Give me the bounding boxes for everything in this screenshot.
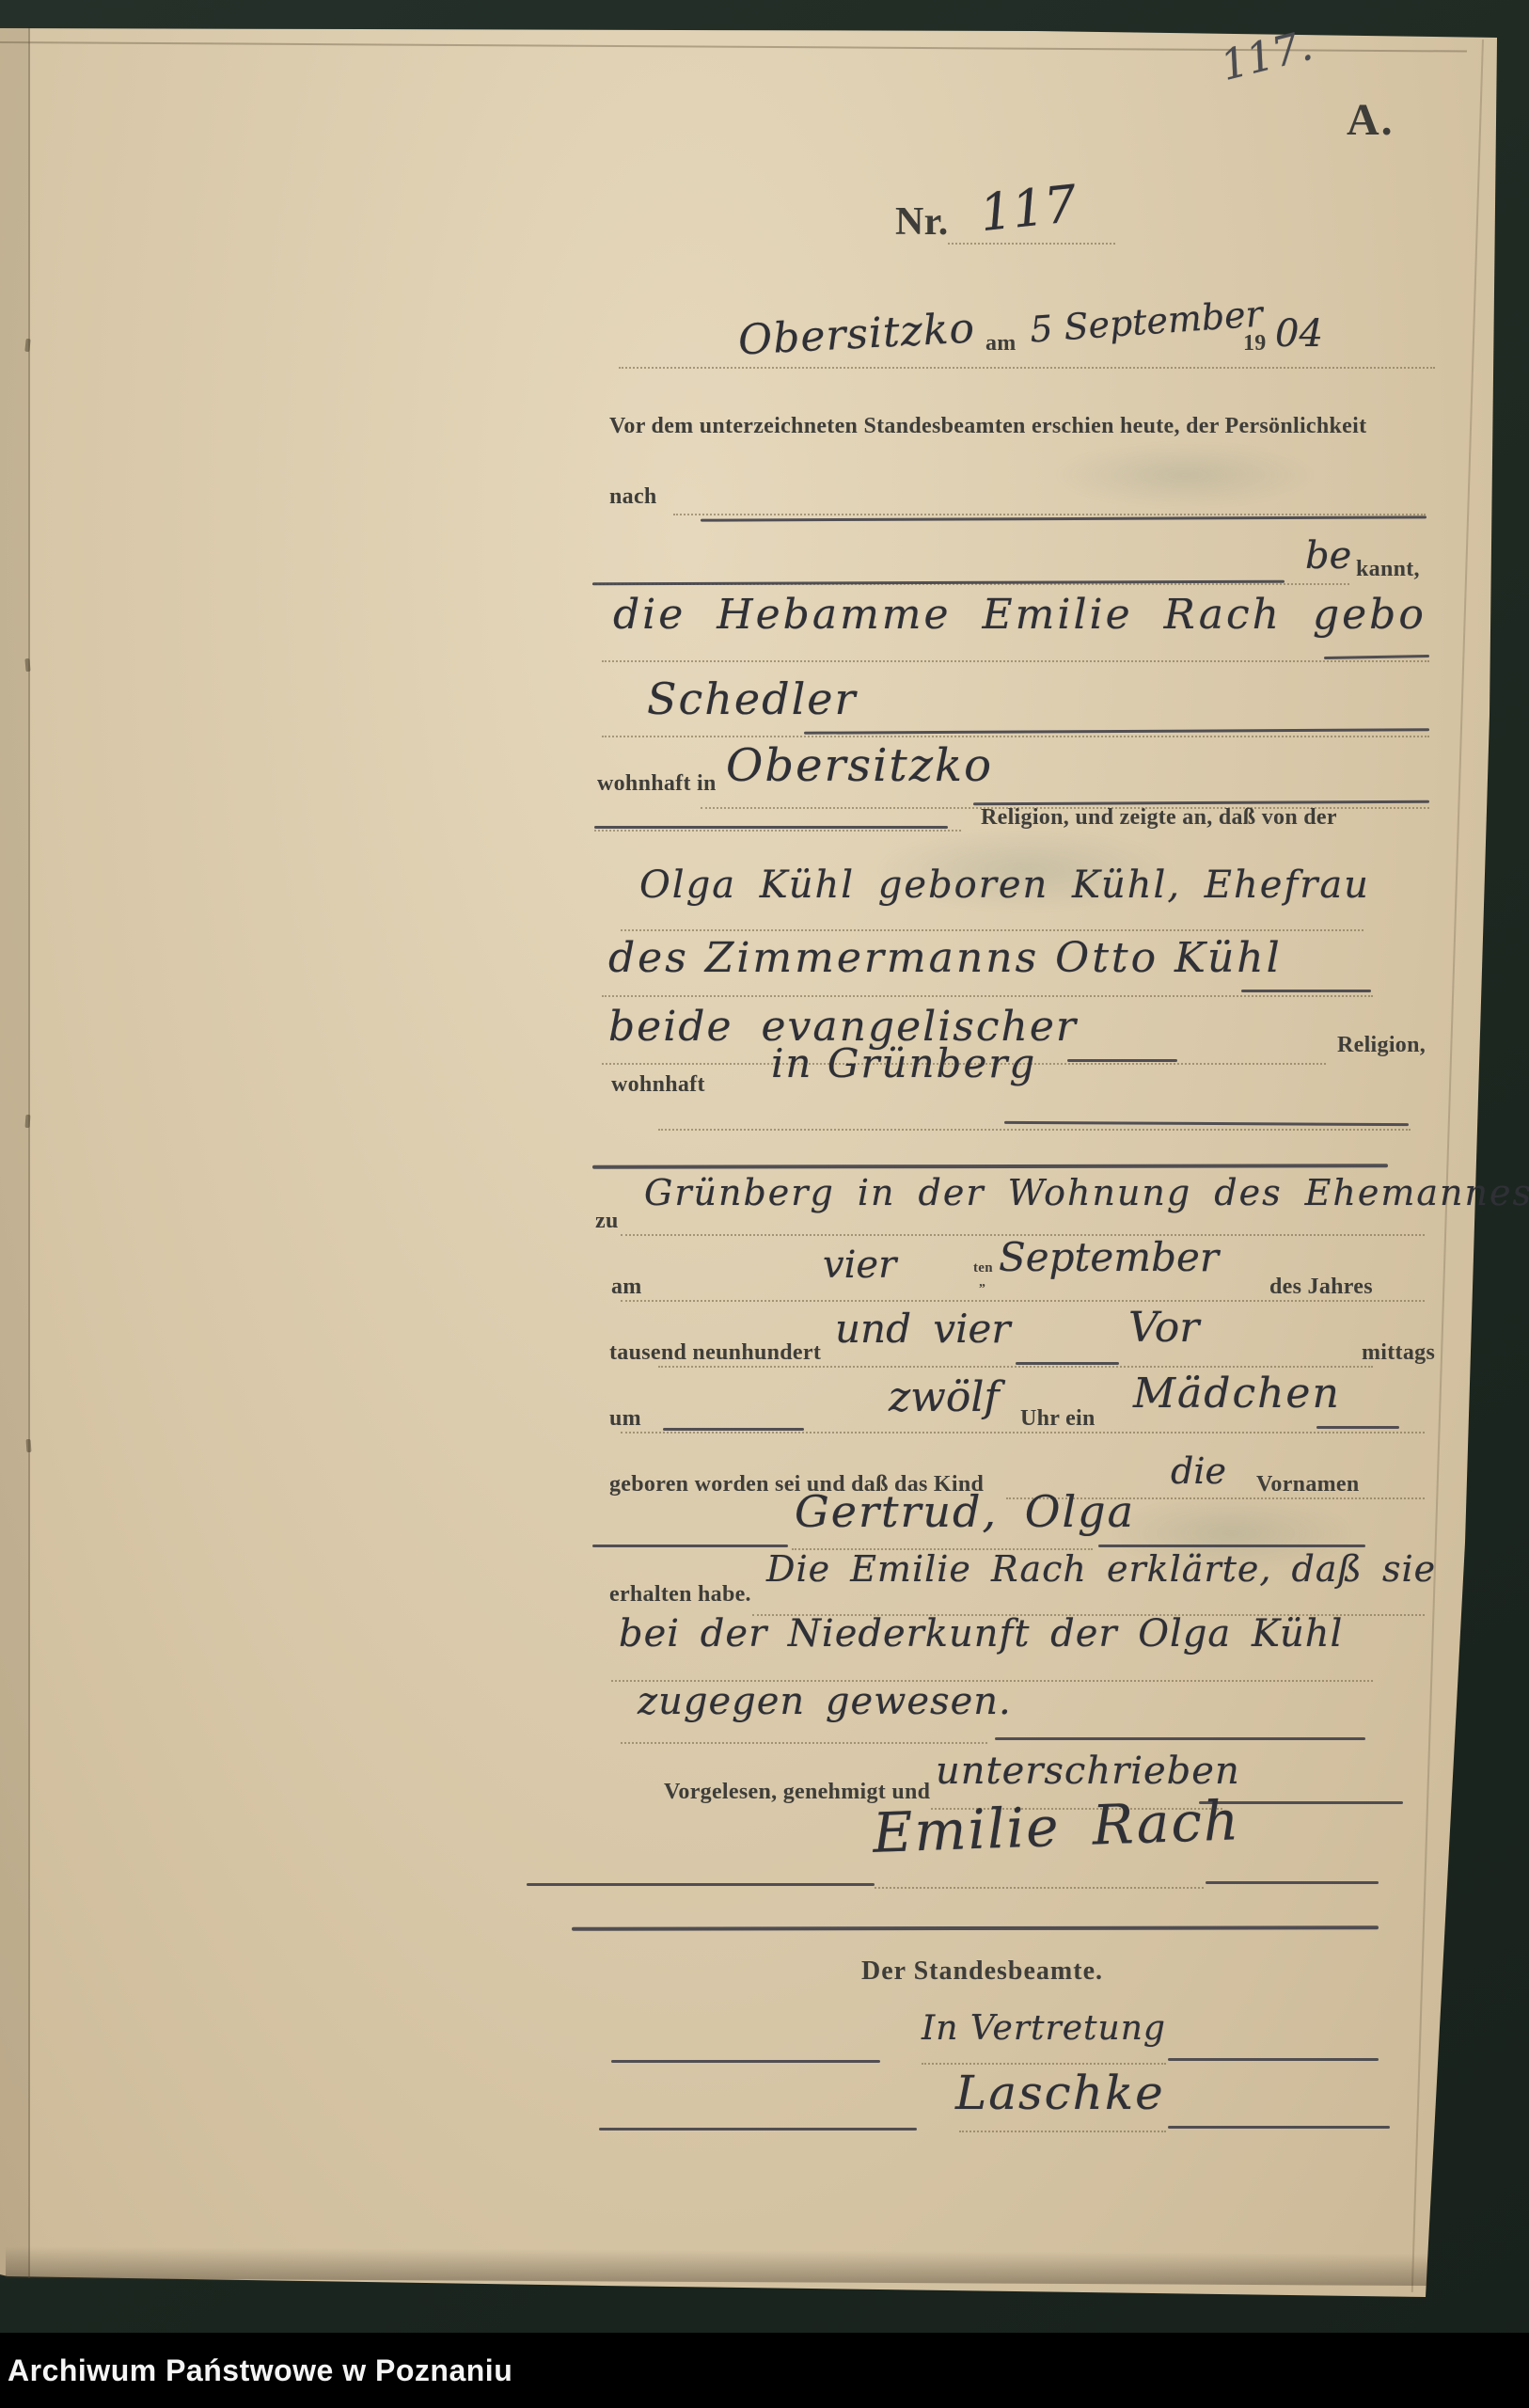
mother-name-line: Olga Kühl geboren Kühl, Ehefrau <box>639 863 1370 907</box>
dotted-leader <box>621 929 1363 931</box>
binding-edge-strip <box>0 26 28 2276</box>
intro-line-1: Vor dem unterzeichneten Standesbeamten e… <box>609 414 1366 439</box>
dotted-leader <box>619 367 1435 369</box>
mother-residence: in Grünberg <box>771 1040 1036 1086</box>
ink-bleed-smudge <box>1053 442 1316 508</box>
bekannt-printed: kannt, <box>1356 557 1420 582</box>
mother-husband-line: des Zimmermanns Otto Kühl <box>608 934 1283 982</box>
blank-line <box>1016 1362 1119 1365</box>
wohnhaft-label: wohnhaft <box>611 1072 705 1098</box>
dotted-leader <box>875 1887 1204 1889</box>
ditto-mark: „ <box>979 1275 985 1291</box>
dotted-leader <box>658 1129 1411 1131</box>
blank-line <box>594 826 948 829</box>
record-number-value: 117 <box>977 174 1080 243</box>
dotted-leader <box>621 1432 1425 1434</box>
dotted-leader <box>658 1366 1373 1368</box>
blank-line <box>1241 990 1371 992</box>
blank-line <box>599 2128 917 2131</box>
dotted-leader <box>602 736 1429 737</box>
blank-line <box>1067 1059 1177 1062</box>
dotted-leader <box>621 1300 1425 1302</box>
um-label: um <box>609 1406 641 1432</box>
dotted-leader <box>594 830 961 832</box>
dotted-leader <box>922 2063 1166 2065</box>
dotted-leader <box>621 1742 987 1744</box>
dotted-leader <box>602 995 1373 997</box>
archive-bar: Archiwum Państwowe w Poznaniu <box>0 2333 1529 2408</box>
crease-nick <box>26 1439 32 1452</box>
registrar-heading: Der Standesbeamte. <box>861 1956 1103 1987</box>
form-letter-a: A. <box>1347 94 1395 146</box>
blank-line <box>611 2060 880 2063</box>
dotted-leader <box>673 514 1426 515</box>
mittags-label: mittags <box>1362 1340 1435 1366</box>
declaration-line-2: bei der Niederkunft der Olga Kühl <box>619 1612 1343 1655</box>
religion-label: Religion, <box>1337 1033 1426 1058</box>
dotted-leader <box>602 660 1429 662</box>
ordinal-suffix: ten <box>973 1260 993 1276</box>
dateline-year-printed: 19 <box>1243 331 1267 356</box>
uhr-ein-label: Uhr ein <box>1020 1406 1096 1432</box>
religion-intro-line: Religion, und zeigte an, daß von der <box>981 805 1337 831</box>
birth-hour: zwölf <box>889 1373 1000 1421</box>
dotted-leader <box>948 243 1115 245</box>
informant-surname-line: Schedler <box>647 673 858 724</box>
declaration-line-3: zugegen gewesen. <box>638 1680 1012 1723</box>
zu-label: zu <box>595 1209 619 1234</box>
am-label: am <box>611 1275 642 1300</box>
blank-line <box>527 1883 875 1886</box>
blank-line <box>1168 2126 1390 2129</box>
blank-line <box>592 1545 788 1547</box>
dotted-leader <box>959 2131 1166 2132</box>
blank-line <box>995 1737 1365 1740</box>
vor-handwritten: Vor <box>1128 1304 1199 1352</box>
blank-line <box>1316 1426 1399 1429</box>
vornamen-label: Vornamen <box>1256 1472 1360 1497</box>
nach-label: nach <box>609 484 657 510</box>
die-handwritten: die <box>1171 1450 1226 1492</box>
archive-bar-label: Archiwum Państwowe w Poznaniu <box>8 2333 512 2408</box>
paper-bottom-shadow <box>6 2246 1427 2286</box>
bekannt-handwritten: be <box>1305 534 1351 578</box>
wohnhaft-in-label: wohnhaft in <box>597 771 717 797</box>
registrar-signature: Laschke <box>955 2066 1165 2120</box>
unterschrieben-handwritten: unterschrieben <box>936 1750 1240 1793</box>
informant-name-line: die Hebamme Emilie Rach gebo <box>613 591 1427 639</box>
page-crease <box>28 28 30 2278</box>
dateline-year-handwritten: 04 <box>1275 312 1323 356</box>
tausend-neunhundert-label: tausend neunhundert <box>609 1340 821 1366</box>
erhalten-habe-label: erhalten habe. <box>609 1582 751 1608</box>
in-vertretung-handwritten: In Vertretung <box>922 2009 1166 2048</box>
declaration-line-1: Die Emilie Rach erklärte, daß sie <box>766 1548 1436 1590</box>
crease-nick <box>25 1115 31 1128</box>
birth-year-handwritten: und vier <box>835 1306 1010 1352</box>
blank-line <box>663 1428 804 1431</box>
child-names: Gertrud, Olga <box>795 1486 1135 1537</box>
informant-residence: Obersitzko <box>726 739 993 792</box>
blank-line <box>1098 1545 1365 1547</box>
child-sex: Mädchen <box>1133 1370 1341 1418</box>
blank-line <box>1206 1881 1379 1884</box>
birth-month: September <box>999 1234 1219 1280</box>
birth-day: vier <box>823 1244 896 1287</box>
record-number-label: Nr. <box>895 199 949 245</box>
birth-place-line: Grünberg in der Wohnung des Ehemannes <box>644 1172 1529 1213</box>
blank-line <box>1168 2058 1379 2061</box>
informant-signature: Emilie Rach <box>872 1788 1241 1865</box>
scanned-document-canvas: 117. A. Nr. 117 Obersitzko am 5 Septembe… <box>0 0 1529 2408</box>
des-jahres-label: des Jahres <box>1269 1275 1373 1300</box>
dateline-am-label: am <box>985 331 1017 356</box>
